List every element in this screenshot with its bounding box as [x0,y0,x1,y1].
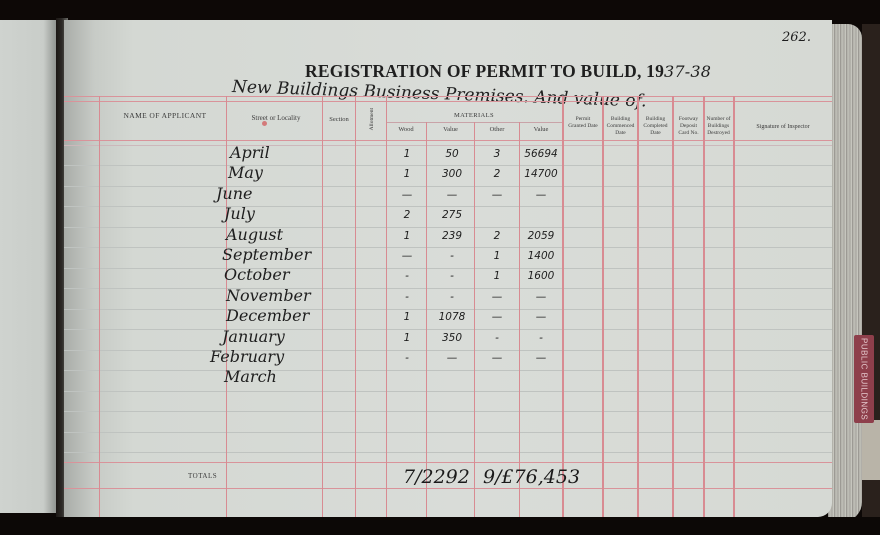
header-permit-granted: Permit Granted Date [567,116,599,130]
red-dot-mark [262,121,267,126]
other-value: 1600 [520,270,562,282]
other-value: — [520,291,562,303]
month-name: April [230,143,270,162]
other-value: — [520,189,562,201]
wood-count: 1 [387,230,427,242]
index-tab-public-buildings[interactable]: PUBLIC BUILDINGS [854,335,874,423]
ruled-line [64,370,832,371]
wood-count: 1 [387,148,427,160]
month-name: October [224,265,290,284]
header-other: Other [475,126,519,133]
rule-totals-top [64,462,832,463]
header-wood: Wood [386,126,426,133]
other-value: 1400 [520,250,562,262]
col-rule [703,96,705,517]
month-name: September [222,245,311,264]
month-name: January [222,327,285,346]
ruled-line [64,268,832,269]
other-count: 1 [476,250,518,262]
header-street-or-locality: Street or Locality [232,115,320,122]
other-count: — [476,189,518,201]
wood-count: - [387,291,427,303]
other-count: 1 [476,270,518,282]
header-footway-deposit: Footway Deposit Card No. [674,116,703,137]
month-name: November [226,286,311,305]
totals-wood: 7/2292 [403,466,470,488]
col-rule [637,96,639,517]
month-name: December [226,306,309,325]
wood-value: — [430,352,474,364]
wood-count: 2 [387,209,427,221]
totals-label: TOTALS [188,472,217,480]
other-value: 56694 [520,148,562,160]
header-materials: MATERIALS [386,112,562,119]
ruled-line [64,165,832,166]
header-other-value: Value [520,126,562,133]
ruled-line [64,288,832,289]
rule-header-bottom [64,140,832,141]
month-name: July [224,204,255,223]
wood-value: 350 [430,332,474,344]
col-rule [474,122,475,517]
wood-value: - [430,250,474,262]
page-edges [828,24,862,522]
ruled-line [64,411,832,412]
ruled-line [64,309,832,310]
ruled-line [64,452,832,453]
other-count: — [476,311,518,323]
header-section: Section [323,116,355,123]
ruled-line [64,432,832,433]
wood-count: 1 [387,332,427,344]
rule-header-bottom-2 [64,145,832,146]
month-name: March [224,367,277,386]
form-title-text: REGISTRATION OF PERMIT TO BUILD, 19 [305,61,664,81]
other-value: — [520,352,562,364]
col-rule [99,96,100,517]
header-name-of-applicant: NAME OF APPLICANT [110,112,220,119]
form-title: REGISTRATION OF PERMIT TO BUILD, 1937-38 [305,61,711,82]
tab-paper [862,420,880,480]
wood-count: — [387,250,427,262]
header-building-completed: Building Completed Date [639,116,672,137]
header-building-commenced: Building Commenced Date [604,116,637,137]
other-value: - [520,332,562,344]
col-rule [602,96,604,517]
wood-value: 275 [430,209,474,221]
col-rule [562,96,564,517]
form-title-year: 37-38 [664,62,711,81]
col-rule [733,96,735,517]
wood-count: - [387,352,427,364]
ruled-line [64,350,832,351]
wood-count: — [387,189,427,201]
ruled-line [64,247,832,248]
other-value: 2059 [520,230,562,242]
ruled-line [64,186,832,187]
month-name: June [216,184,253,203]
other-count: 3 [476,148,518,160]
wood-value: - [430,291,474,303]
ruled-line [64,206,832,207]
index-tab-label: PUBLIC BUILDINGS [860,338,869,420]
page-number: 262. [782,30,811,45]
rule-top-2 [64,101,832,102]
other-count: — [476,291,518,303]
month-name: February [210,347,284,366]
ruled-line [64,329,832,330]
wood-count: 1 [387,168,427,180]
wood-value: 50 [430,148,474,160]
totals-other: 9/£76,453 [483,466,580,488]
other-count: — [476,352,518,364]
other-count: 2 [476,168,518,180]
month-name: May [228,163,263,182]
other-value: 14700 [520,168,562,180]
header-wood-value: Value [427,126,474,133]
header-signature-of-inspector: Signature of Inspector [738,124,828,131]
ruled-line [64,227,832,228]
wood-value: — [430,189,474,201]
month-name: August [226,225,283,244]
wood-value: 1078 [430,311,474,323]
bottom-shadow [0,517,880,535]
rule-top [64,96,832,97]
other-count: - [476,332,518,344]
rule-totals-bottom [64,488,832,489]
header-buildings-destroyed: Number of Buildings Destroyed [704,116,733,137]
left-page [0,20,62,513]
other-value: — [520,311,562,323]
col-rule [672,96,674,517]
wood-value: 300 [430,168,474,180]
wood-count: 1 [387,311,427,323]
wood-count: - [387,270,427,282]
other-count: 2 [476,230,518,242]
wood-value: 239 [430,230,474,242]
wood-value: - [430,270,474,282]
header-allotment: Allotment [369,108,375,130]
ruled-line [64,391,832,392]
col-rule [322,96,323,517]
col-rule [355,96,356,517]
